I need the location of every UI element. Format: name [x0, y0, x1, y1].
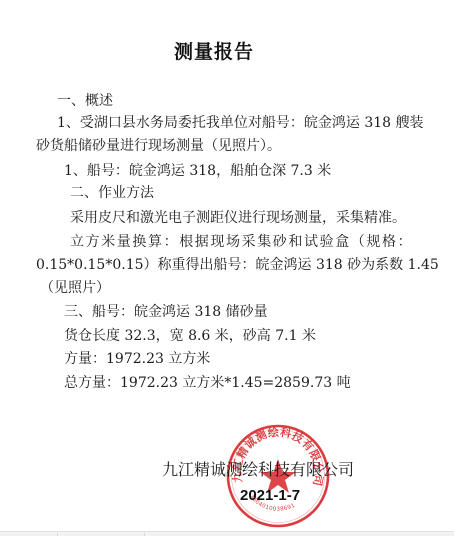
section-heading-method: 二、作业方法 — [70, 184, 154, 202]
signature-company-name: 九江精诚测绘科技有限公司 — [162, 460, 354, 480]
storage-dimensions: 货仓长度 32.3，宽 8.6 米，砂高 7.1 米 — [64, 327, 316, 345]
paragraph-commission-line2: 砂货船储砂量进行现场测量（见照片）。 — [36, 137, 281, 155]
section-heading-overview: 一、概述 — [57, 92, 113, 110]
paragraph-method: 采用皮尺和激光电子测距仪进行现场测量，采集精准。 — [70, 209, 406, 227]
paragraph-conversion-line1: 立方米量换算：根据现场采集砂和试验盒（规格： — [70, 233, 413, 251]
storage-volume: 方量：1972.23 立方米 — [64, 350, 210, 368]
paragraph-conversion-line3: （见照片） — [40, 279, 110, 297]
document-page: 测量报告 一、概述 1、受湖口县水务局委托我单位对船号：皖金鸿运 318 艘装 … — [0, 0, 454, 531]
paragraph-commission-line1: 1、受湖口县水务局委托我单位对船号：皖金鸿运 318 艘装 — [57, 114, 424, 132]
paragraph-conversion-line2: 0.15*0.15*0.15）称重得出船号：皖金鸿运 318 砂为系数 1.45 — [36, 256, 439, 274]
storage-total: 总方量：1972.23 立方米*1.45=2859.73 吨 — [64, 374, 351, 392]
section-heading-storage: 三、船号：皖金鸿运 318 储砂量 — [64, 303, 268, 321]
document-title: 测量报告 — [0, 37, 428, 64]
ship-info-item: 1、船号：皖金鸿运 318，船舶仓深 7.3 米 — [64, 162, 331, 180]
viewer-bottom-bar — [0, 531, 454, 536]
signature-date: 2021-1-7 — [240, 487, 300, 505]
